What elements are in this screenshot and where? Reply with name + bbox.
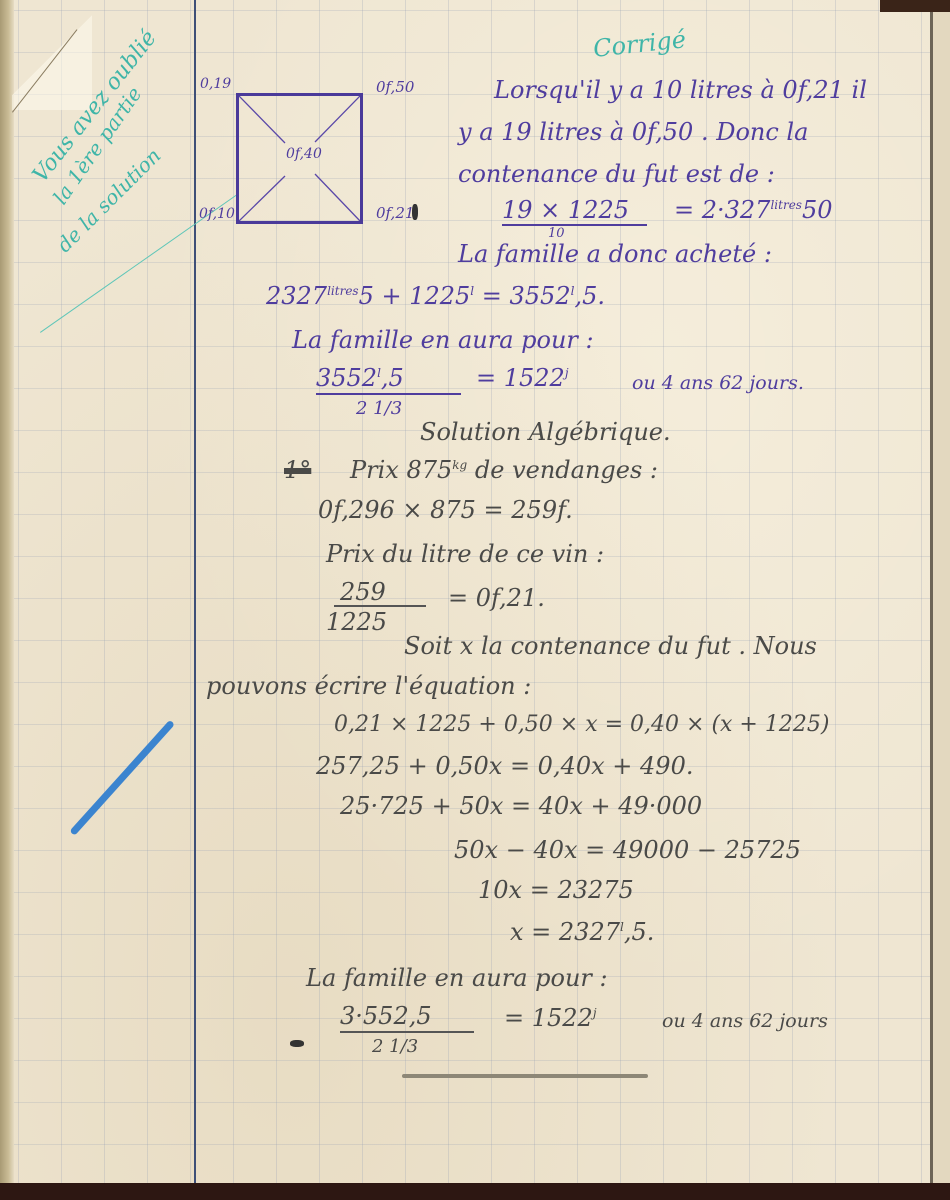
arith-eq3-fraction-bar bbox=[316, 393, 461, 395]
algebra-eq9-num: 3·552,5 bbox=[340, 1002, 432, 1030]
page-left-edge bbox=[0, 0, 14, 1183]
arith-eq3-den: 2 1/3 bbox=[356, 398, 402, 419]
algebra-line1-text: Prix 875 bbox=[350, 456, 452, 484]
arith-eq2-result: = 3552 bbox=[482, 282, 571, 310]
arith-eq3-result: = 1522j bbox=[476, 364, 569, 392]
next-page-edge bbox=[933, 10, 950, 1183]
algebra-step-marker: 1° bbox=[284, 456, 311, 484]
arith-eq3-result-value: = 1522 bbox=[476, 364, 565, 392]
notebook-page: Corrigé Vous avez oublié la 1ère partie … bbox=[0, 0, 950, 1183]
arith-eq2-result-dec: ,5. bbox=[574, 282, 605, 310]
algebra-eq9-result-value: = 1522 bbox=[504, 1004, 593, 1032]
diagram-bottom-left: 0f,10 bbox=[199, 206, 235, 222]
closing-underline bbox=[402, 1074, 648, 1078]
algebra-eq7: 10x = 23275 bbox=[478, 876, 634, 904]
algebra-eq6: 50x − 40x = 49000 − 25725 bbox=[454, 836, 801, 864]
arith-line1: Lorsqu'il y a 10 litres à 0f,21 il bbox=[494, 76, 867, 104]
folded-corner bbox=[12, 0, 92, 110]
arith-eq1-den: 10 bbox=[548, 226, 565, 241]
algebra-eq8-value: x = 2327 bbox=[510, 918, 620, 946]
arith-eq2-unit: litres bbox=[327, 284, 359, 298]
arith-eq1-result: = 2·327litres50 bbox=[674, 196, 833, 224]
arith-eq2-rest: 5 + 1225 bbox=[359, 282, 471, 310]
arith-line3: contenance du fut est de : bbox=[458, 160, 775, 188]
algebra-line5: La famille en aura pour : bbox=[306, 964, 608, 992]
algebra-line2: Prix du litre de ce vin : bbox=[326, 540, 604, 568]
background-shadow bbox=[880, 0, 950, 12]
ink-blot bbox=[412, 204, 418, 220]
diagram-center: 0f,40 bbox=[286, 146, 322, 162]
algebra-eq8-dec: ,5. bbox=[624, 918, 655, 946]
diagram-top-right: 0f,50 bbox=[376, 78, 414, 96]
algebra-eq2-num: 259 bbox=[340, 578, 386, 606]
arith-eq1-num: 19 × 1225 bbox=[502, 196, 629, 224]
arith-eq3-num-dec: ,5 bbox=[381, 364, 404, 392]
algebra-eq3: 0,21 × 1225 + 0,50 × x = 0,40 × (x + 122… bbox=[334, 712, 829, 737]
arith-line4: La famille a donc acheté : bbox=[458, 240, 772, 268]
algebra-heading: Solution Algébrique. bbox=[420, 418, 671, 446]
ink-smudge bbox=[290, 1040, 304, 1047]
diagram-bottom-right: 0f,21 bbox=[376, 204, 414, 222]
arith-eq2-liters: 2327 bbox=[266, 282, 327, 310]
algebra-eq8: x = 2327l,5. bbox=[510, 918, 654, 946]
algebra-eq1: 0f,296 × 875 = 259f. bbox=[318, 496, 573, 524]
diagram-top-left: 0,19 bbox=[200, 76, 231, 92]
algebra-eq9-suffix: ou 4 ans 62 jours bbox=[662, 1010, 828, 1032]
algebra-eq9-result-j: j bbox=[593, 1006, 597, 1020]
arith-eq1-fraction-bar bbox=[502, 224, 647, 226]
margin-line bbox=[194, 0, 196, 1183]
arith-eq2-l: l bbox=[470, 284, 474, 298]
arith-eq1-decimal: 50 bbox=[802, 196, 833, 224]
arith-eq1-value: = 2·327 bbox=[674, 196, 770, 224]
algebra-eq5: 25·725 + 50x = 40x + 49·000 bbox=[340, 792, 702, 820]
algebra-line4: pouvons écrire l'équation : bbox=[206, 672, 531, 700]
desk-background bbox=[0, 1183, 950, 1200]
arith-eq3-suffix: ou 4 ans 62 jours. bbox=[632, 372, 804, 394]
algebra-eq2-result: = 0f,21. bbox=[448, 584, 545, 612]
arith-eq3-result-j: j bbox=[565, 366, 569, 380]
arith-eq3-num: 3552l,5 bbox=[316, 364, 404, 392]
algebra-eq4: 257,25 + 0,50x = 0,40x + 490. bbox=[316, 752, 693, 780]
algebra-line1-rest: de vendanges : bbox=[475, 456, 658, 484]
arith-eq2: 2327litres5 + 1225l = 3552l,5. bbox=[266, 282, 605, 310]
algebra-eq2-fraction-bar bbox=[334, 605, 426, 607]
arith-line2: y a 19 litres à 0f,50 . Donc la bbox=[458, 118, 808, 146]
arith-line5: La famille en aura pour : bbox=[292, 326, 594, 354]
algebra-eq9-fraction-bar bbox=[340, 1031, 474, 1033]
arith-eq3-num-value: 3552 bbox=[316, 364, 377, 392]
algebra-line1-unit: kg bbox=[452, 458, 467, 472]
arith-eq1-unit: litres bbox=[770, 198, 802, 212]
algebra-eq9-result: = 1522j bbox=[504, 1004, 597, 1032]
algebra-eq9-den: 2 1/3 bbox=[372, 1036, 418, 1057]
algebra-line1: Prix 875kg de vendanges : bbox=[350, 456, 658, 484]
algebra-eq2-den: 1225 bbox=[326, 608, 387, 636]
algebra-line3: Soit x la contenance du fut . Nous bbox=[404, 632, 817, 660]
